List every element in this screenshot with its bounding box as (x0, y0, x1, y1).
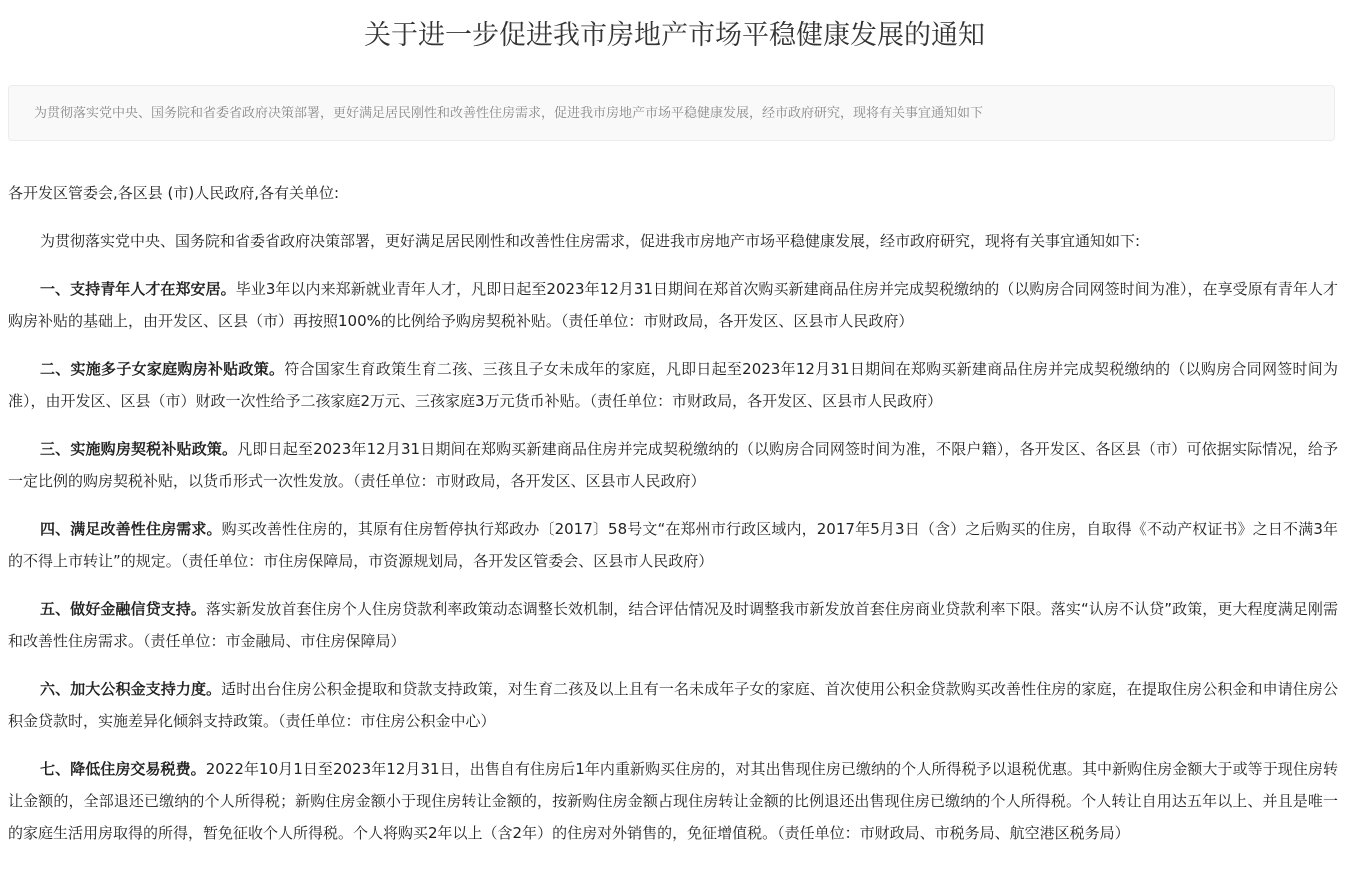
section-5: 五、做好金融信贷支持。落实新发放首套住房个人住房贷款利率政策动态调整长效机制，结… (8, 593, 1338, 657)
notice-page: 关于进一步促进我市房地产市场平稳健康发展的通知 为贯彻落实党中央、国务院和省委省… (0, 0, 1349, 64)
section-heading: 五、做好金融信贷支持。 (40, 600, 206, 618)
section-heading: 一、支持青年人才在郑安居。 (40, 280, 236, 298)
section-heading: 二、实施多子女家庭购房补贴政策。 (40, 360, 284, 378)
section-3: 三、实施购房契税补贴政策。凡即日起至2023年12月31日期间在郑购买新建商品住… (8, 433, 1338, 497)
summary-box: 为贯彻落实党中央、国务院和省委省政府决策部署，更好满足居民刚性和改善性住房需求，… (8, 85, 1335, 141)
section-heading: 六、加大公积金支持力度。 (40, 680, 221, 698)
salutation: 各开发区管委会,各区县 (市)人民政府,各有关单位: (8, 177, 1338, 209)
section-heading: 三、实施购房契税补贴政策。 (40, 440, 237, 458)
section-7: 七、降低住房交易税费。2022年10月1日至2023年12月31日，出售自有住房… (8, 753, 1338, 849)
page-title: 关于进一步促进我市房地产市场平稳健康发展的通知 (0, 0, 1349, 64)
intro-paragraph: 为贯彻落实党中央、国务院和省委省政府决策部署，更好满足居民刚性和改善性住房需求，… (8, 225, 1338, 257)
section-4: 四、满足改善性住房需求。购买改善性住房的，其原有住房暂停执行郑政办〔2017〕5… (8, 513, 1338, 577)
summary-text: 为贯彻落实党中央、国务院和省委省政府决策部署，更好满足居民刚性和改善性住房需求，… (34, 104, 983, 124)
section-6: 六、加大公积金支持力度。适时出台住房公积金提取和贷款支持政策，对生育二孩及以上且… (8, 673, 1338, 737)
section-2: 二、实施多子女家庭购房补贴政策。符合国家生育政策生育二孩、三孩且子女未成年的家庭… (8, 353, 1338, 417)
section-1: 一、支持青年人才在郑安居。毕业3年以内来郑新就业青年人才，凡即日起至2023年1… (8, 273, 1338, 337)
section-body: 2022年10月1日至2023年12月31日，出售自有住房后1年内重新购买住房的… (8, 760, 1338, 842)
section-body: 落实新发放首套住房个人住房贷款利率政策动态调整长效机制，结合评估情况及时调整我市… (8, 600, 1338, 650)
document-body: 各开发区管委会,各区县 (市)人民政府,各有关单位: 为贯彻落实党中央、国务院和… (8, 177, 1338, 865)
section-heading: 七、降低住房交易税费。 (40, 760, 206, 778)
section-heading: 四、满足改善性住房需求。 (40, 520, 222, 538)
